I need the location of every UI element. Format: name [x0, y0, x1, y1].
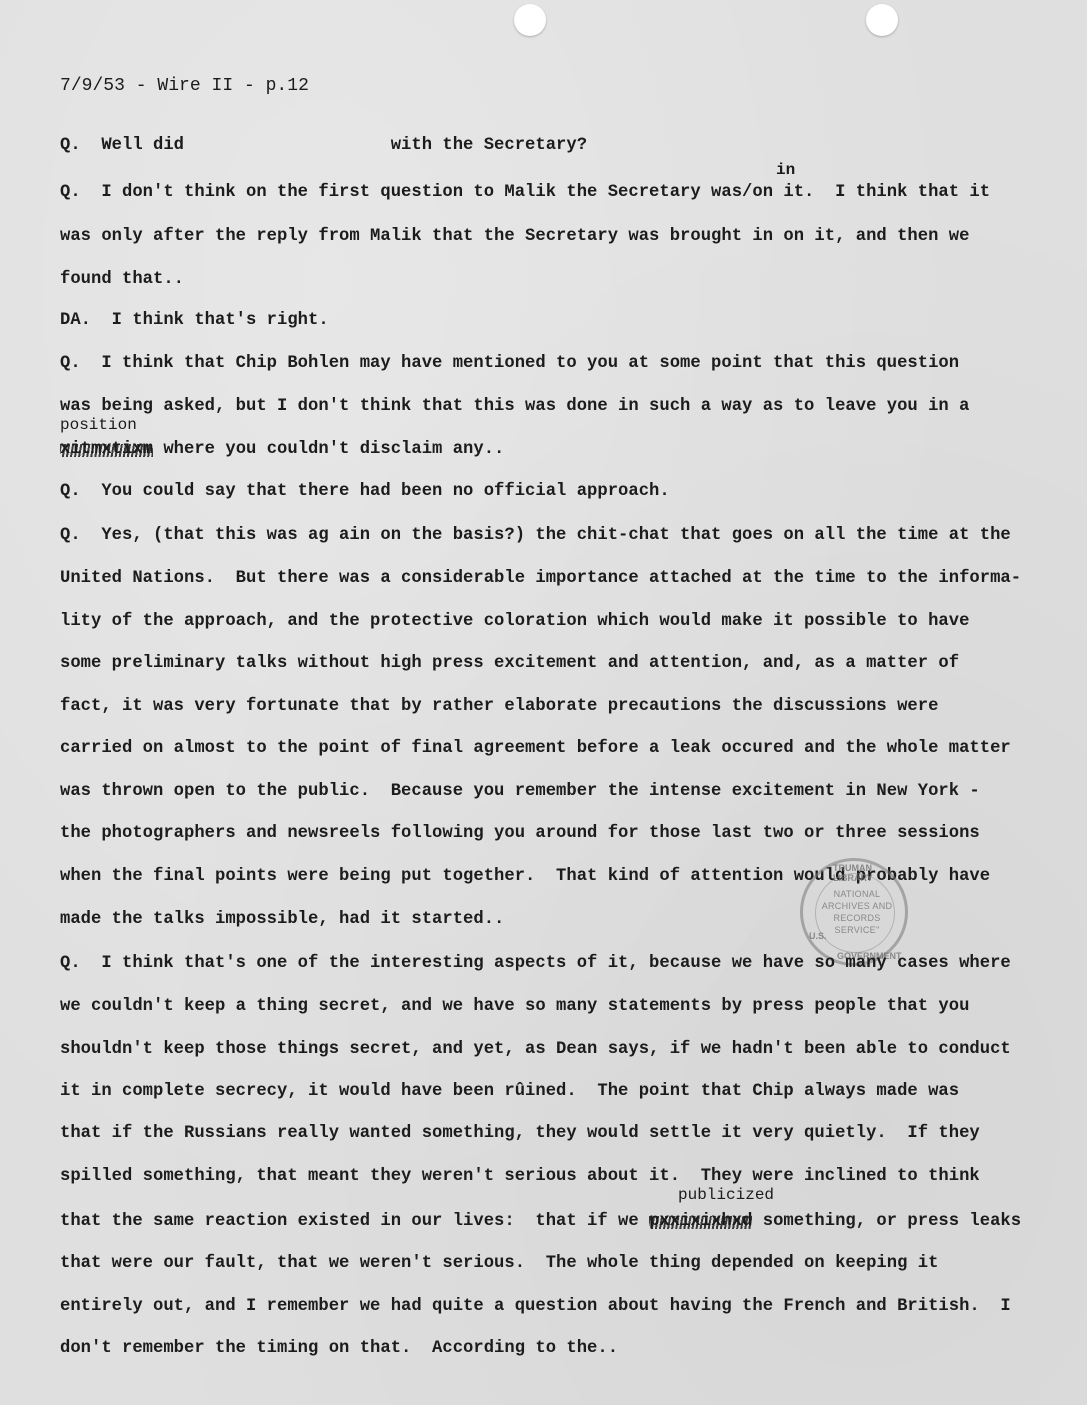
transcript-line: Q. You could say that there had been no …: [60, 482, 670, 502]
interlinear-insertion-in: in: [776, 161, 795, 179]
transcript-line: Q. Yes, (that this was ag ain on the bas…: [60, 526, 1011, 546]
stamp-line: ARCHIVES AND: [803, 901, 911, 911]
transcript-line: was thrown open to the public. Because y…: [60, 782, 980, 802]
transcript-line: was being asked, but I don't think that …: [60, 397, 969, 417]
transcript-line: it in complete secrecy, it would have be…: [60, 1082, 959, 1102]
transcript-line: that if the Russians really wanted somet…: [60, 1124, 980, 1144]
transcript-line: entirely out, and I remember we had quit…: [60, 1297, 1011, 1317]
punch-hole-left: [514, 4, 546, 36]
transcript-line: DA. I think that's right.: [60, 311, 329, 331]
transcript-line: carried on almost to the point of final …: [60, 739, 1011, 759]
transcript-line: found that..: [60, 270, 184, 290]
stamp-line: RECORDS: [803, 913, 911, 923]
transcript-line: Q. I don't think on the first question t…: [60, 183, 990, 203]
punch-hole-right: [866, 4, 898, 36]
line-text-tail: something, or press leaks: [752, 1212, 1021, 1231]
interlinear-insertion-publicized: publicized: [678, 1186, 774, 1204]
transcript-line: United Nations. But there was a consider…: [60, 569, 1021, 589]
transcript-line: the photographers and newsreels followin…: [60, 824, 980, 844]
line-text: that the same reaction existed in our li…: [60, 1212, 649, 1231]
page-header: 7/9/53 - Wire II - p.12: [60, 76, 309, 96]
stamp-left-arc: U.S.: [809, 931, 827, 941]
stamp-line: NATIONAL: [803, 889, 911, 899]
transcript-line: shouldn't keep those things secret, and …: [60, 1040, 1011, 1060]
transcript-line: lity of the approach, and the protective…: [60, 612, 969, 632]
transcript-line: Q. I think that Chip Bohlen may have men…: [60, 354, 959, 374]
line-text: where you couldn't disclaim any..: [153, 440, 504, 459]
transcript-line: some preliminary talks without high pres…: [60, 654, 959, 674]
transcript-line: Q. Well did with the Secretary?: [60, 136, 587, 156]
archive-stamp: TRUMAN LIBRARY NATIONAL ARCHIVES AND REC…: [800, 858, 908, 966]
transcript-line: fact, it was very fortunate that by rath…: [60, 697, 938, 717]
transcript-line: that were our fault, that we weren't ser…: [60, 1254, 938, 1274]
interlinear-insertion-position: position: [60, 416, 137, 434]
stamp-top-arc: TRUMAN LIBRARY: [833, 863, 905, 883]
transcript-line: Q. I think that's one of the interesting…: [60, 954, 1011, 974]
struck-word: xitmxtixm: [60, 440, 153, 460]
transcript-line: made the talks impossible, had it starte…: [60, 910, 504, 930]
transcript-line: we couldn't keep a thing secret, and we …: [60, 997, 969, 1017]
transcript-line: was only after the reply from Malik that…: [60, 227, 969, 247]
transcript-line: don't remember the timing on that. Accor…: [60, 1339, 618, 1359]
transcript-line-with-strikeout: that the same reaction existed in our li…: [60, 1212, 1021, 1232]
transcript-line-with-strikeout: xitmxtixm where you couldn't disclaim an…: [60, 440, 504, 460]
document-page: 7/9/53 - Wire II - p.12 Q. Well did with…: [0, 0, 1087, 1405]
transcript-line: spilled something, that meant they weren…: [60, 1167, 980, 1187]
struck-word: pxxixixhxd: [649, 1212, 752, 1232]
